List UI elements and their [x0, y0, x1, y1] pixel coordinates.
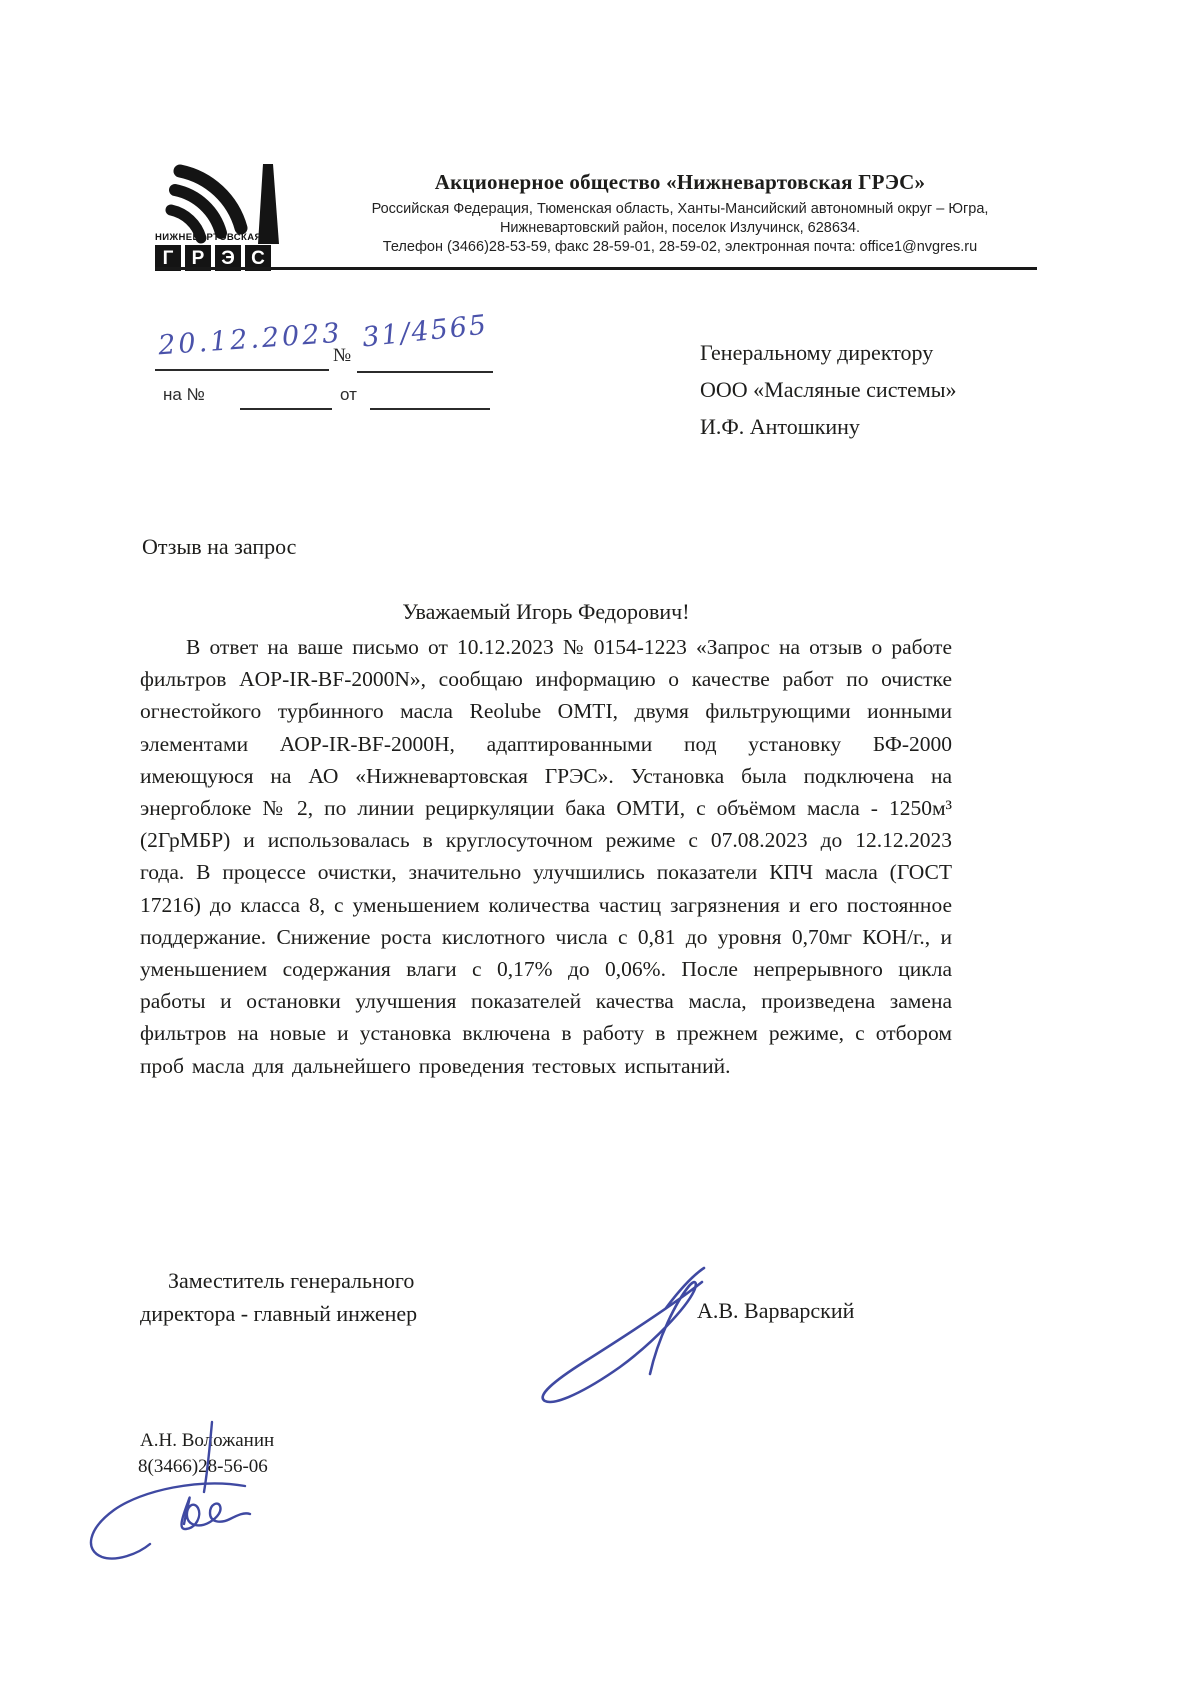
letterhead-divider: [155, 267, 1037, 270]
signer-title-line-2: директора - главный инженер: [140, 1301, 417, 1327]
recipient-position: Генеральному директору: [700, 334, 957, 371]
contact-line: Телефон (3466)28-53-59, факс 28-59-01, 2…: [310, 238, 1050, 257]
reply-from-label: от: [340, 385, 357, 405]
company-logo: НИЖНЕВАРТОВСКАЯ Г Р Э С: [155, 158, 297, 274]
signer-name: А.В. Варварский: [697, 1298, 854, 1324]
executor-name: А.Н. Воложанин: [140, 1430, 274, 1452]
reply-to-number-label: на №: [163, 385, 205, 405]
signer-title-line-1: Заместитель генерального: [168, 1268, 414, 1294]
outgoing-date-handwritten: 20.12.2023: [157, 318, 343, 362]
subject-line: Отзыв на запрос: [142, 534, 296, 560]
recipient-company: ООО «Масляные системы»: [700, 371, 957, 408]
address-line-2: Нижневартовский район, поселок Излучинск…: [310, 219, 1050, 238]
reply-date-underline: [370, 408, 490, 410]
organization-name: Акционерное общество «Нижневартовская ГР…: [310, 170, 1050, 195]
date-underline: [155, 369, 329, 371]
letter-body: В ответ на ваше письмо от 10.12.2023 № 0…: [140, 631, 952, 1082]
number-sign-label: №: [333, 345, 351, 367]
reply-number-underline: [240, 408, 332, 410]
outgoing-number-handwritten: 31/4565: [361, 309, 490, 353]
number-underline: [357, 371, 493, 373]
address-line-1: Российская Федерация, Тюменская область,…: [310, 200, 1050, 219]
logo-brand-text: НИЖНЕВАРТОВСКАЯ: [155, 232, 255, 243]
recipient-block: Генеральному директору ООО «Масляные сис…: [700, 334, 957, 445]
letter-page: НИЖНЕВАРТОВСКАЯ Г Р Э С Акционерное обще…: [0, 0, 1200, 1698]
letterhead-text: Акционерное общество «Нижневартовская ГР…: [310, 170, 1050, 257]
recipient-person: И.Ф. Антошкину: [700, 408, 957, 445]
director-signature-image: [526, 1258, 716, 1410]
executor-phone: 8(3466)28-56-06: [138, 1456, 268, 1478]
salutation: Уважаемый Игорь Федорович!: [140, 599, 952, 625]
